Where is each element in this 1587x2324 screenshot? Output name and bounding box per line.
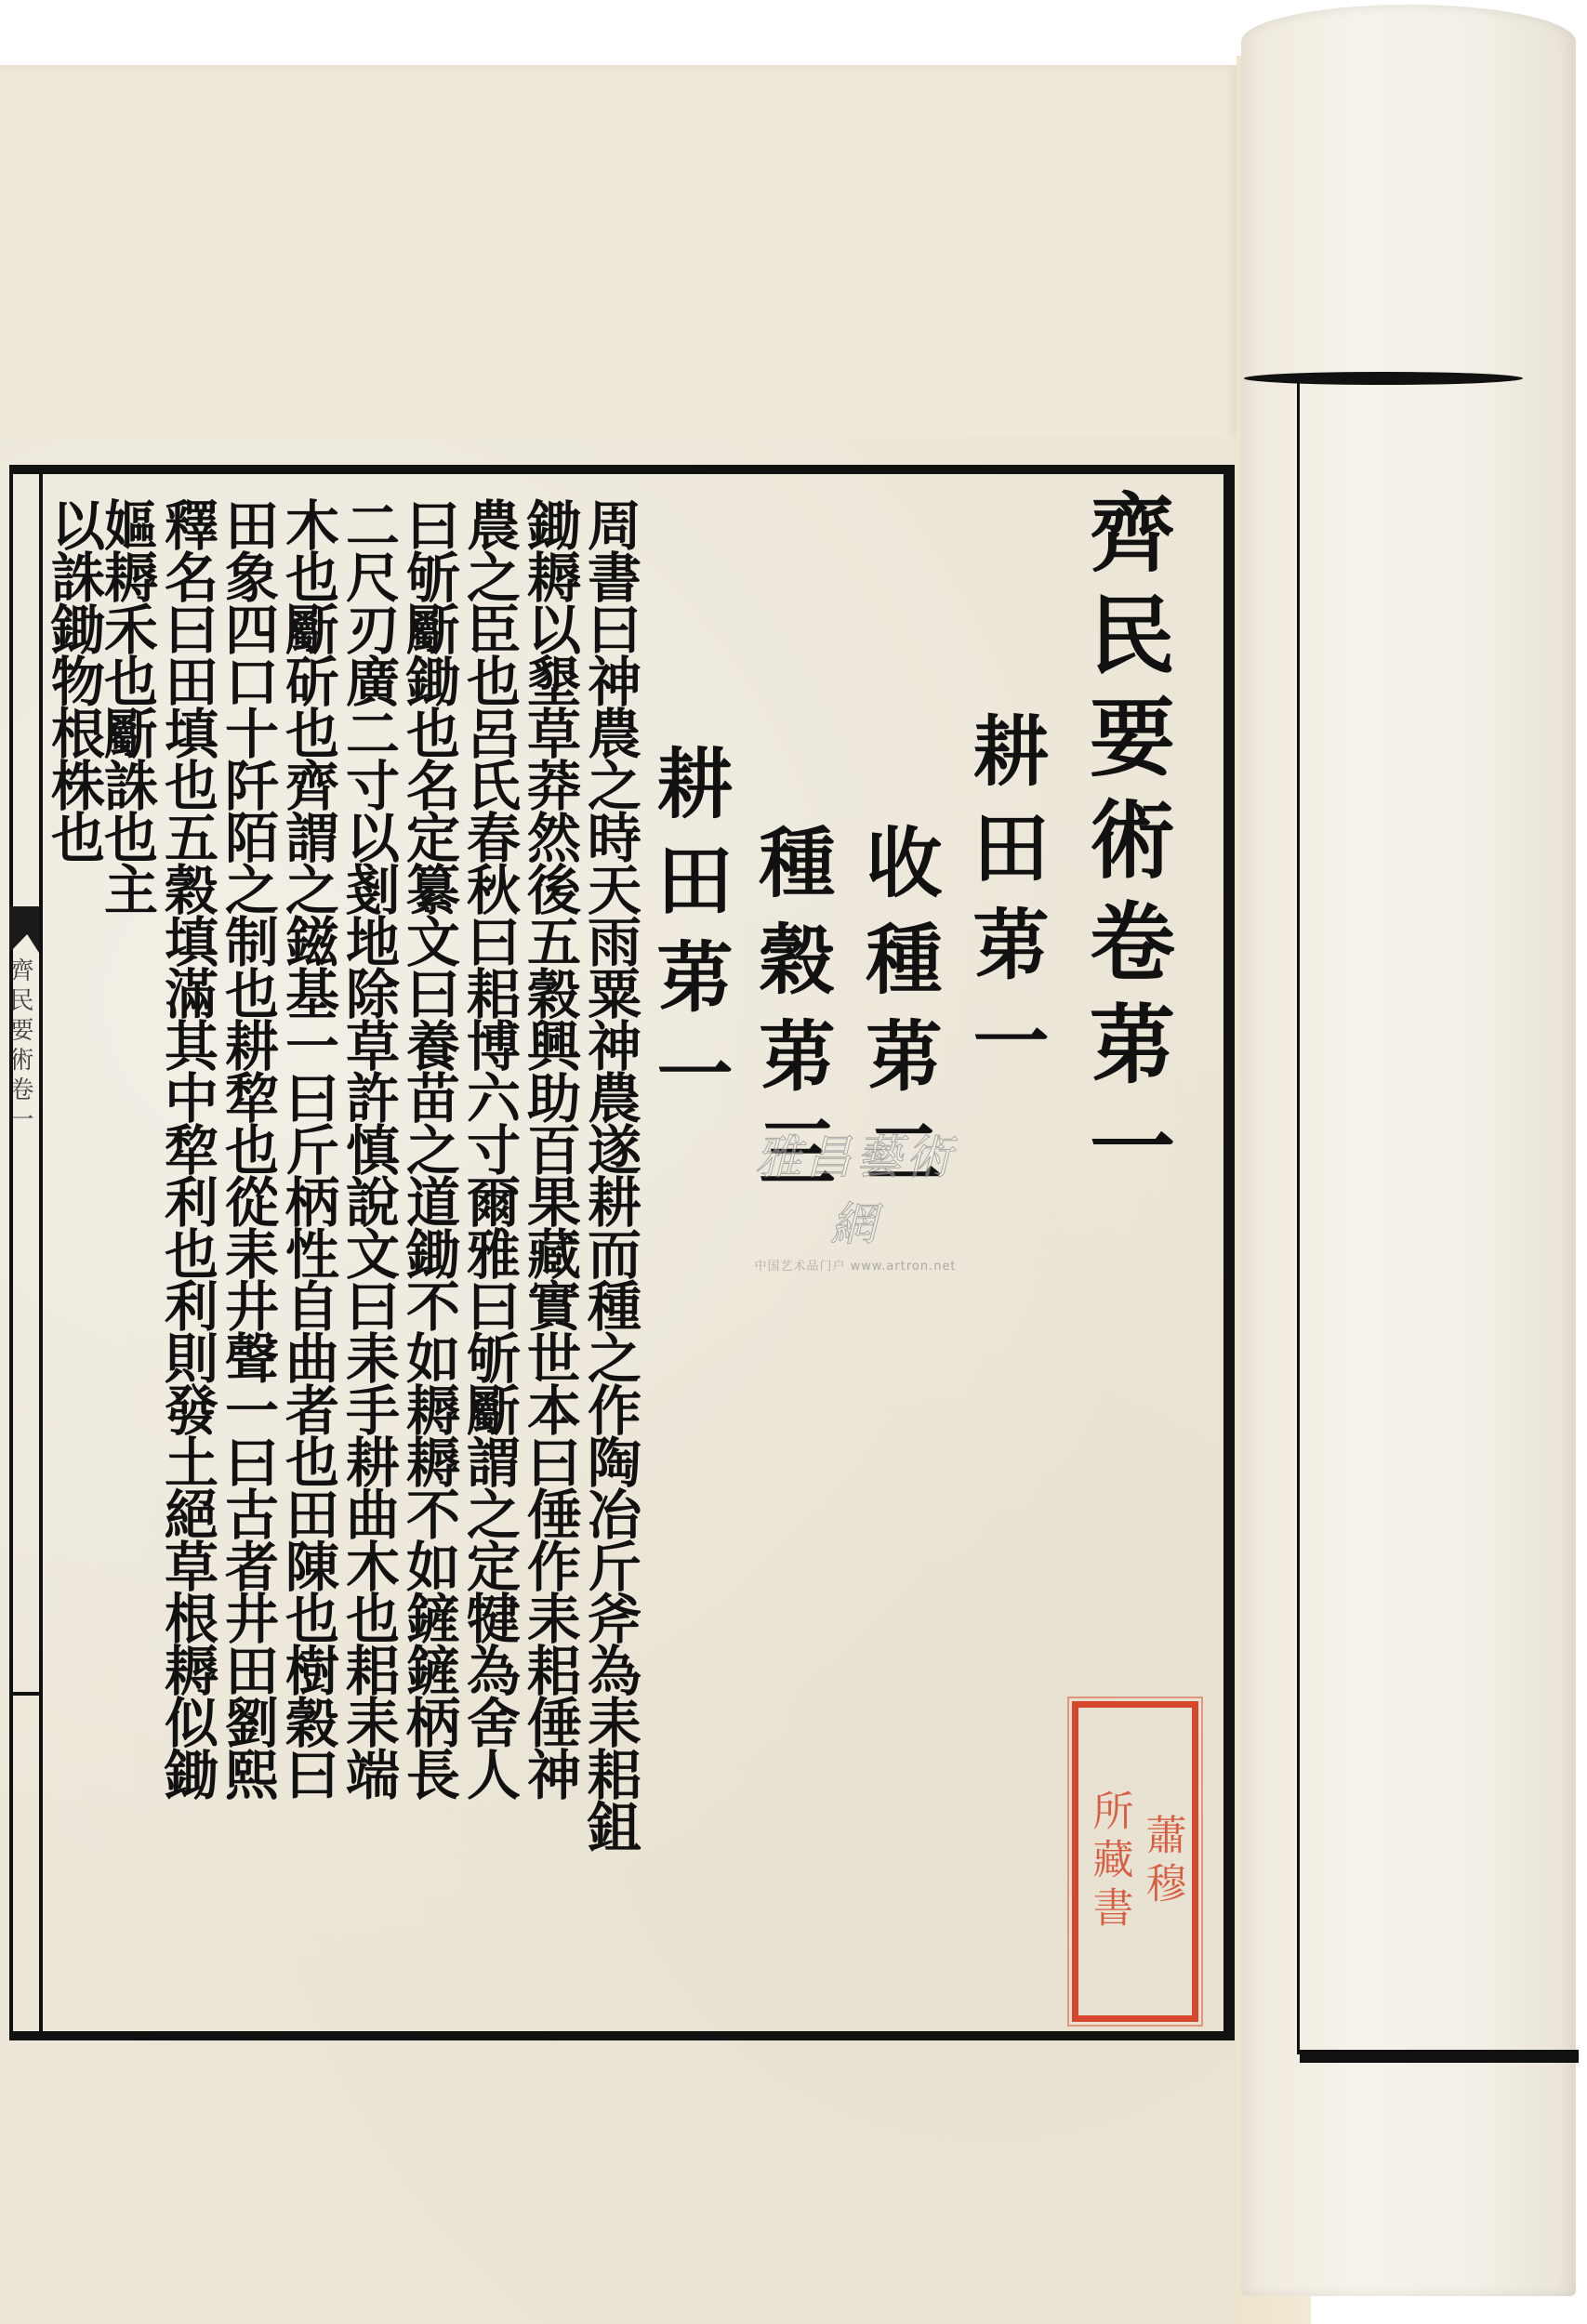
body-column-6: 木也斸斫也齊謂之鎡基一曰斤柄性自曲者也田陳也樹穀曰 xyxy=(281,497,335,1799)
body-column-8: 釋名曰田填也五穀填滿其中犂利也利則發土絕草根耨似鋤 xyxy=(160,497,214,1799)
body-column-1: 周書曰神農之時天雨粟神農遂耕而種之作陶冶斤斧為耒耜鉏 xyxy=(583,497,637,1851)
section-heading: 耕田苐一 xyxy=(651,744,727,1130)
seal-text-right: 蕭穆 xyxy=(1142,1814,1183,1910)
body-column-3: 農之臣也呂氏春秋曰耜博六寸爾雅曰斪斸謂之定犍為舍人 xyxy=(462,497,516,1799)
body-column-10: 以誅鋤物根株也 xyxy=(46,497,100,862)
toc-item-1: 耕田苐一 xyxy=(967,711,1043,1098)
rolled-page-scroll xyxy=(1241,5,1576,2296)
watermark-logo-text: 雅昌藝術網 xyxy=(734,1120,976,1254)
border-left-outer xyxy=(9,465,13,2040)
volume-title: 齊民要術卷苐一 xyxy=(1083,488,1169,1204)
collector-seal: 蕭穆 所藏書 xyxy=(1072,1701,1198,2022)
watermark-url: 中国艺术品门户 www.artron.net xyxy=(734,1256,976,1274)
body-column-2: 鋤耨以墾草莽然後五穀興助百果藏實世本曰倕作耒耜倕神 xyxy=(522,497,576,1799)
roll-border-line-top xyxy=(1244,372,1523,385)
body-column-9: 嫗耨禾也斸誅也主 xyxy=(99,497,153,914)
watermark: 雅昌藝術網 中国艺术品门户 www.artron.net xyxy=(734,1120,976,1274)
roll-border-line-left xyxy=(1297,381,1300,2054)
body-column-7: 田象四口十阡陌之制也耕犂也從耒井聲一曰古者井田劉熙 xyxy=(220,497,274,1799)
body-column-4: 曰斪斸鋤也名定纂文曰養苗之道鋤不如耨耨不如鏟鏟柄長 xyxy=(402,497,456,1799)
banxin-divider xyxy=(11,1692,41,1696)
roll-border-line-bottom xyxy=(1300,2050,1579,2063)
seal-text-left: 所藏書 xyxy=(1089,1789,1130,1934)
body-column-5: 二尺刃廣二寸以剗地除草許慎說文曰耒手耕曲木也耜耒端 xyxy=(341,497,395,1799)
border-right xyxy=(1223,465,1235,2040)
banxin-caption: 齊民要術卷一 xyxy=(11,957,37,1136)
